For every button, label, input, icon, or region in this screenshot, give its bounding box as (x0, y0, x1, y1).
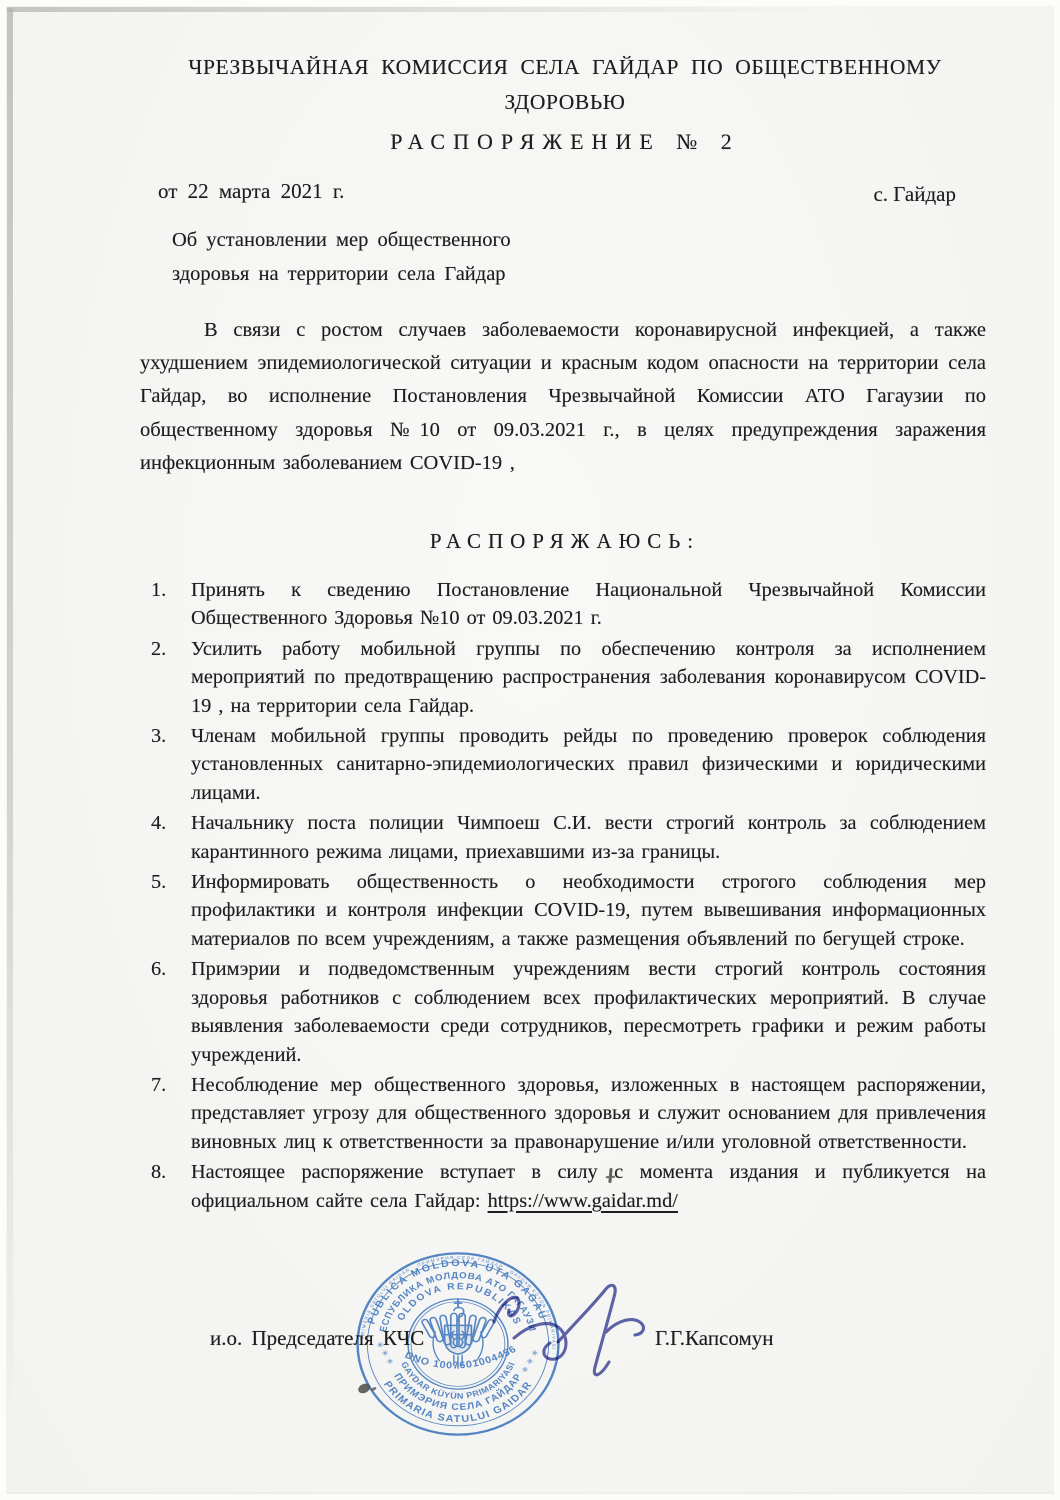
order-item-4: Начальнику поста полиции Чимпоеш С.И. ве… (191, 809, 986, 866)
handwritten-signature (478, 1264, 663, 1389)
document-place: с. Гайдар (873, 182, 956, 207)
stamp-stars-left: ✳✳✳ (374, 1340, 398, 1369)
order-items-list: Принять к сведению Постановление Национа… (191, 576, 986, 1217)
order-item-7: Несоблюдение мер общественного здоровья,… (191, 1071, 986, 1156)
document-date: от 22 марта 2021 г. (158, 179, 344, 204)
preamble-paragraph: В связи с ростом случаев заболеваемости … (140, 314, 986, 480)
order-heading: РАСПОРЯЖАЮСЬ: (150, 529, 980, 554)
order-item-3: Членам мобильной группы проводить рейды … (191, 722, 986, 807)
website-url: https://www.gaidar.md/ (488, 1190, 678, 1212)
order-item-5: Информировать общественность о необходим… (191, 868, 986, 953)
order-item-2: Усилить работу мобильной группы по обесп… (191, 635, 986, 720)
order-item-1: Принять к сведению Постановление Национа… (191, 576, 986, 633)
org-title: ЧРЕЗВЫЧАЙНАЯ КОМИССИЯ СЕЛА ГАЙДАР ПО ОБЩ… (150, 50, 980, 120)
order-item-6: Примэрии и подведомственным учреждениям … (191, 955, 986, 1069)
scan-edge-top (7, 7, 907, 12)
document-subject: Об установлении мер общественного здоров… (172, 224, 557, 291)
scan-edge-bottom (0, 1491, 1060, 1500)
signer-name: Г.Г.Капсомун (655, 1326, 774, 1351)
scanned-document-page: ЧРЕЗВЫЧАЙНАЯ КОМИССИЯ СЕЛА ГАЙДАР ПО ОБЩ… (0, 0, 1060, 1500)
scan-edge-left (7, 8, 13, 1438)
document-title: РАСПОРЯЖЕНИЕ № 2 (150, 129, 980, 155)
order-item-8: Настоящее распоряжение вступает в силу с… (191, 1158, 986, 1215)
